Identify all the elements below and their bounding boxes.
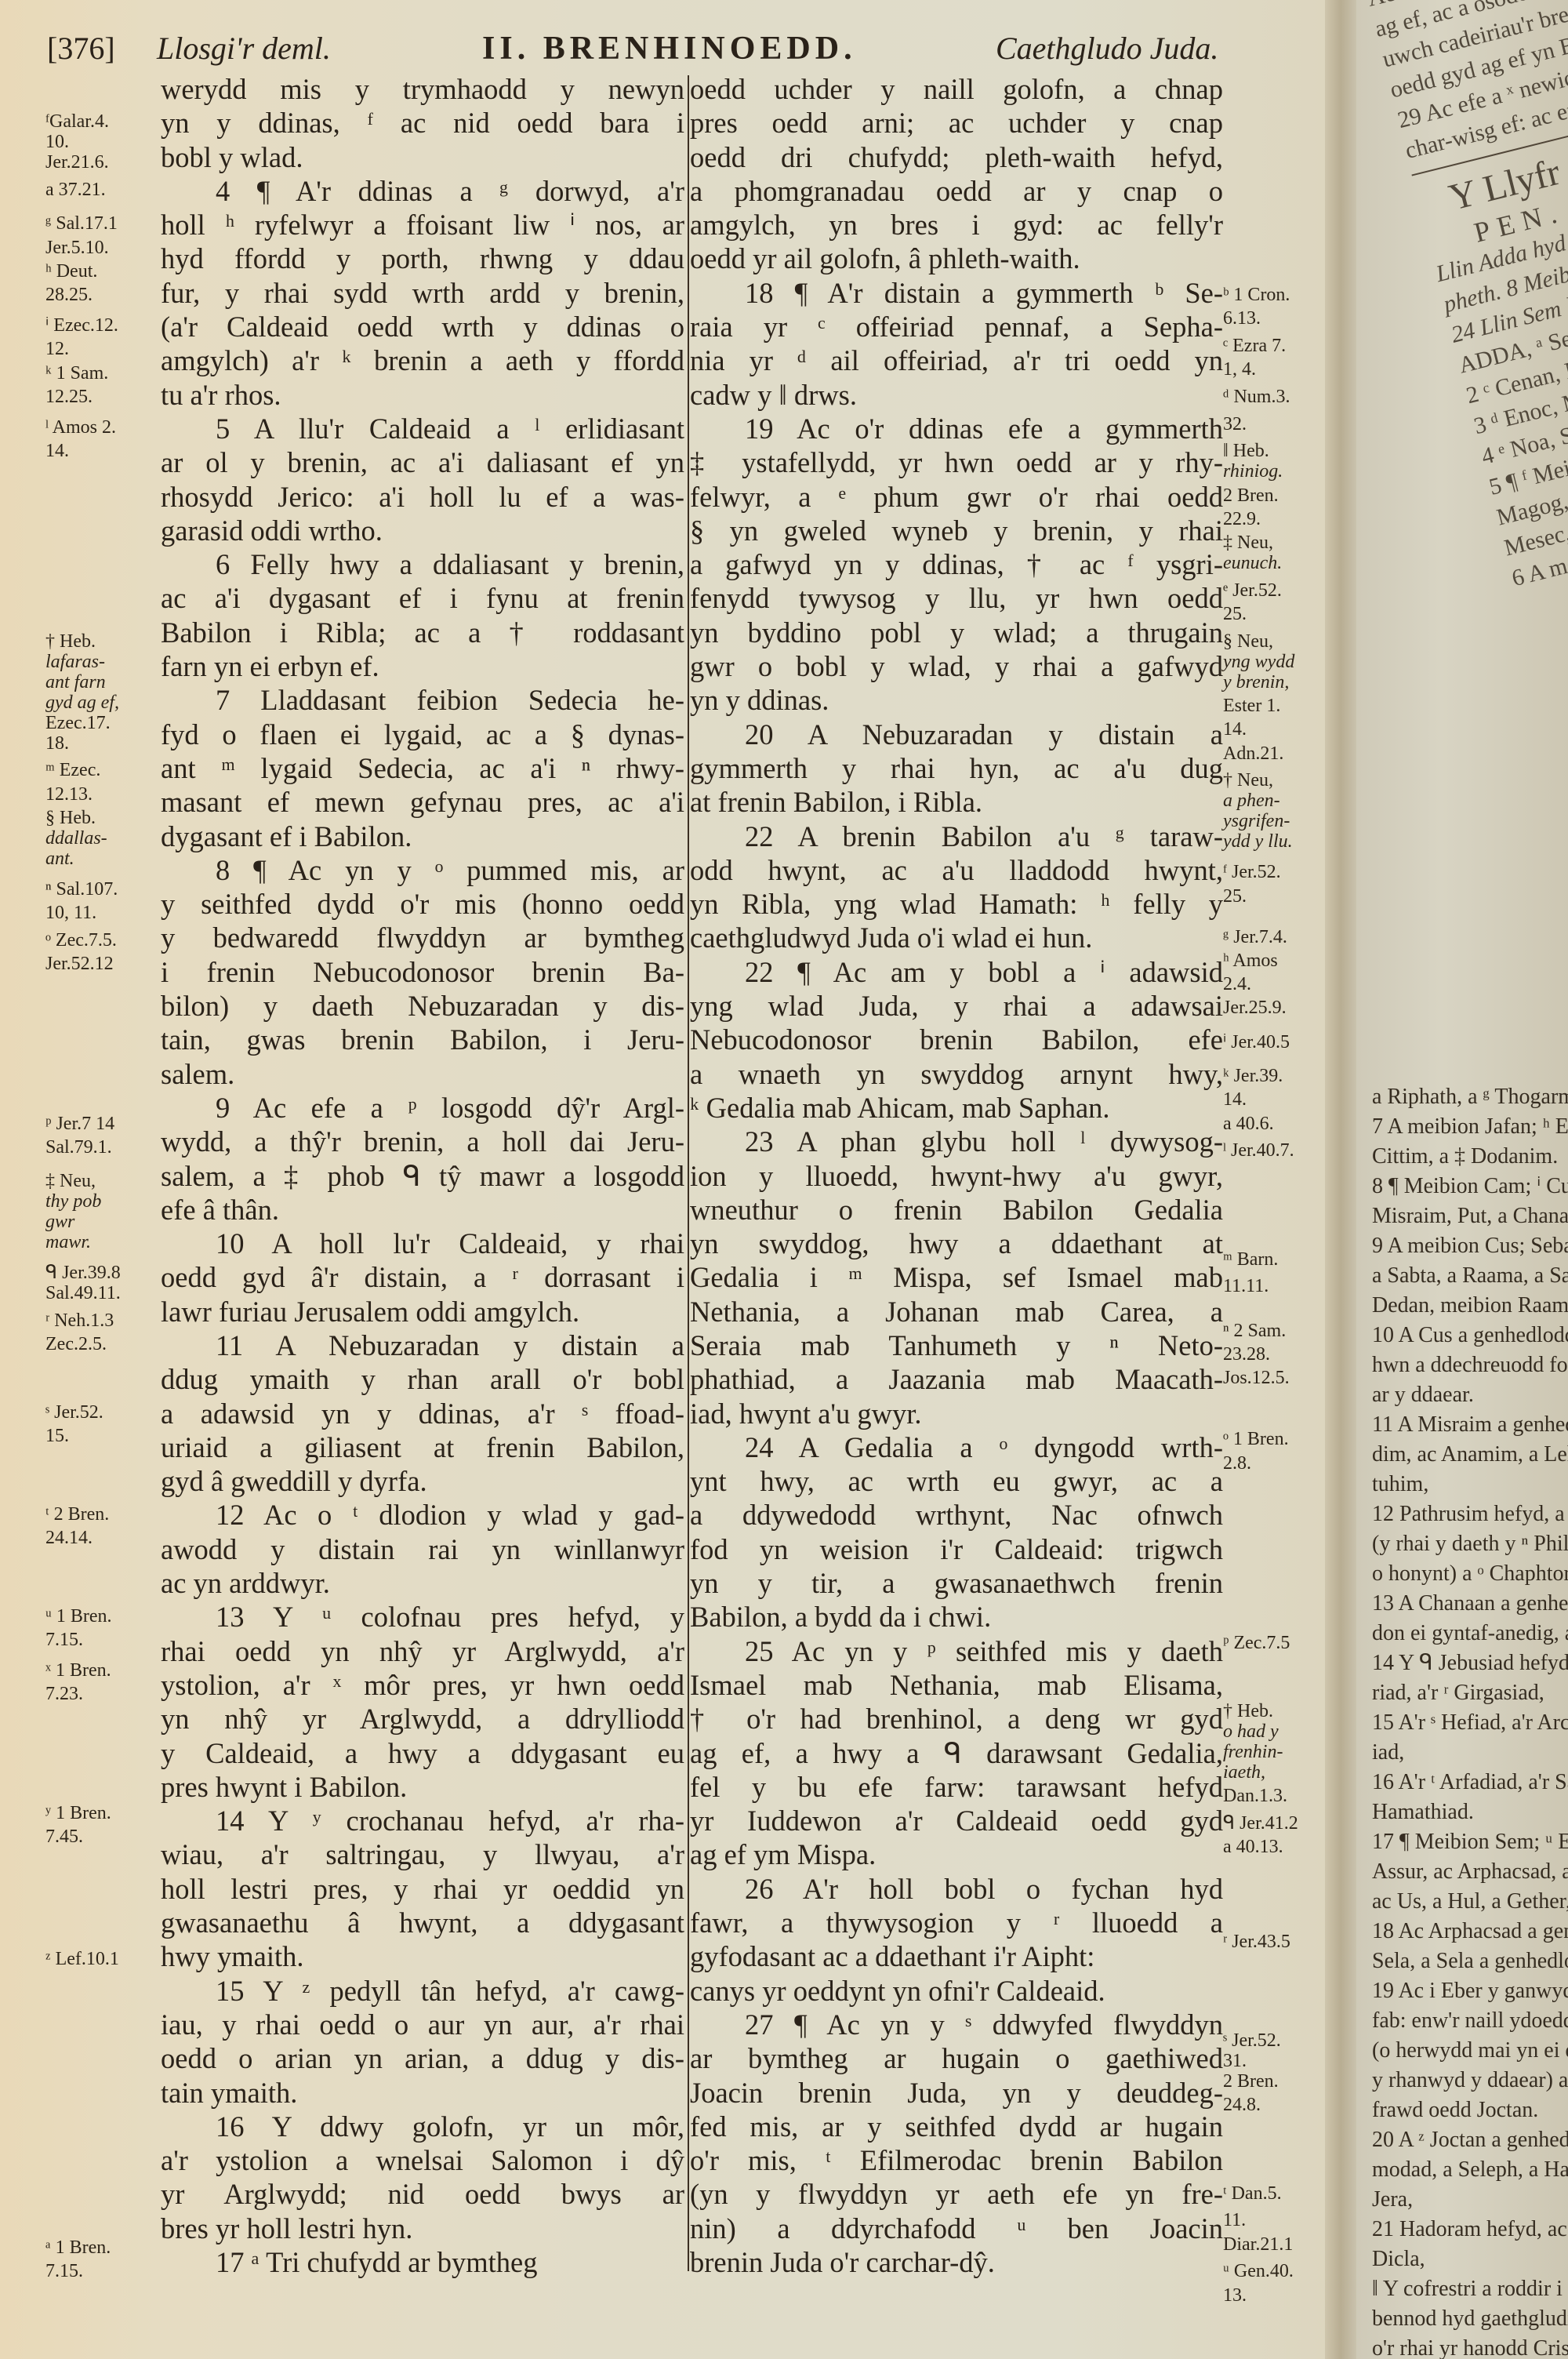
text-line: ant ᵐ lygaid Sedecia, ac a'i ⁿ rhwy- bbox=[161, 751, 684, 785]
text-line: tain, gwas brenin Babilon, i Jeru- bbox=[161, 1023, 684, 1056]
margin-reference-note: ᵖ Zec.7.5 bbox=[1223, 1634, 1290, 1653]
next-page-line: Dicla, bbox=[1372, 2245, 1568, 2274]
margin-reference-note: 12. bbox=[45, 340, 69, 359]
text-line: masant ef mewn gefynau pres, ac a'i bbox=[161, 785, 684, 819]
margin-reference-note: ᵍ Jer.7.4. bbox=[1223, 928, 1287, 947]
next-page-line: 11 A Misraim a genhedlodd Lu- bbox=[1372, 1410, 1568, 1440]
text-line: Seraia mab Tanhumeth y ⁿ Neto- bbox=[690, 1329, 1223, 1362]
text-line: Babilon i Ribla; ac a † roddasant bbox=[161, 616, 684, 649]
text-line: fod yn weision i'r Caldeaid: trigwch bbox=[690, 1532, 1223, 1566]
margin-reference-note: 11. bbox=[1223, 2211, 1246, 2230]
next-page-line: a Riphath, a ᵍ Thogarma. bbox=[1372, 1082, 1568, 1112]
text-line: bilon) y daeth Nebuzaradan y dis- bbox=[161, 989, 684, 1023]
text-line: oedd yr ail golofn, â phleth-waith. bbox=[690, 242, 1223, 275]
margin-reference-note: ᑫ Jer.41.2 bbox=[1223, 1814, 1298, 1834]
text-line: 22 ¶ Ac am y bobl a ⁱ adawsid bbox=[690, 955, 1223, 989]
text-line: phathiad, a Jaazania mab Maacath- bbox=[690, 1362, 1223, 1396]
margin-reference-note: 11.11. bbox=[1223, 1277, 1269, 1296]
text-line: 24 A Gedalia a ᵒ dyngodd wrth- bbox=[690, 1430, 1223, 1464]
text-line: Joacin brenin Juda, yn y deuddeg- bbox=[690, 2076, 1223, 2110]
margin-reference-note: ʰ Deut. bbox=[45, 262, 97, 282]
text-line: 8 ¶ Ac yn y ᵒ pummed mis, ar bbox=[161, 853, 684, 887]
margin-reference-note: ᑫ Jer.39.8 bbox=[45, 1263, 121, 1283]
next-page-line: Assur, ac Arphacsad, a Lud, ac Aram, bbox=[1372, 1857, 1568, 1887]
text-line: 19 Ac o'r ddinas efe a gymmerth bbox=[690, 412, 1223, 445]
text-line: Nebucodonosor brenin Babilon, efe bbox=[690, 1023, 1223, 1056]
text-line: uriaid a giliasent at frenin Babilon, bbox=[161, 1430, 684, 1464]
text-line: ion y lluoedd, hwynt-hwy a'u gwyr, bbox=[690, 1159, 1223, 1193]
margin-reference-note: 14. bbox=[1223, 1090, 1247, 1110]
next-page-edge: Ac efe a lefarodd yn degag ef, ac a osod… bbox=[1356, 0, 1568, 2359]
margin-reference-note: ᶻ Lef.10.1 bbox=[45, 1950, 119, 1969]
text-line: iad, hwynt a'u gwyr. bbox=[690, 1397, 1223, 1430]
margin-reference-note: ᶠ Jer.52. bbox=[1223, 863, 1281, 882]
text-line: fel y bu efe farw: tarawsant hefyd bbox=[690, 1770, 1223, 1804]
running-head-right: Caethgludo Juda. bbox=[996, 30, 1218, 67]
text-line: awodd y distain rai yn winllanwyr bbox=[161, 1532, 684, 1566]
text-line: 20 A Nebuzaradan y distain a bbox=[690, 718, 1223, 751]
margin-reference-note: ᵒ 1 Bren. bbox=[1223, 1430, 1289, 1449]
text-line: pres hwynt i Babilon. bbox=[161, 1770, 684, 1804]
next-page-line: iad, bbox=[1372, 1738, 1568, 1768]
next-page-line: 18 Ac Arphacsad a genhedlodd bbox=[1372, 1917, 1568, 1946]
margin-reference-note: 32. bbox=[1223, 415, 1247, 434]
margin-reference-note: 10, 11. bbox=[45, 903, 96, 923]
next-page-line: frawd oedd Joctan. bbox=[1372, 2095, 1568, 2125]
margin-reference-note: a 40.13. bbox=[1223, 1837, 1283, 1857]
book-gutter-shadow bbox=[1325, 0, 1356, 2359]
margin-reference-note: gyd ag ef, bbox=[45, 693, 119, 713]
margin-reference-note: § Heb. bbox=[45, 809, 96, 828]
text-line: 16 Y ddwy golofn, yr un môr, bbox=[161, 2110, 684, 2143]
text-line: salem, a ‡ phob ᑫ tŷ mawr a losgodd bbox=[161, 1159, 684, 1193]
text-line: pres oedd arni; ac uchder y cnap bbox=[690, 106, 1223, 140]
margin-reference-note: ddallas- bbox=[45, 829, 107, 849]
text-line: ystolion, a'r ˣ môr pres, yr hwn oedd bbox=[161, 1668, 684, 1702]
margin-reference-note: ᶠGalar.4. bbox=[45, 112, 109, 132]
next-page-line: riad, a'r ʳ Girgasiad, bbox=[1372, 1678, 1568, 1708]
text-line: rhosydd Jerico: a'i holl lu ef a was- bbox=[161, 480, 684, 514]
text-line: ag ef ym Mispa. bbox=[690, 1837, 1223, 1871]
next-page-line: 9 A meibion Cus; Seba, a Hafila, bbox=[1372, 1231, 1568, 1261]
text-line: tain ymaith. bbox=[161, 2076, 684, 2110]
text-line: amgylch) a'r ᵏ brenin a aeth y ffordd bbox=[161, 343, 684, 377]
left-text-column: werydd mis y trymhaodd y newynyn y ddina… bbox=[161, 72, 684, 2279]
margin-reference-note: 31. bbox=[1223, 2052, 1247, 2071]
next-page-line: don ei gyntaf-anedig, a Heth, bbox=[1372, 1619, 1568, 1648]
next-page-line: 21 Hadoram hefyd, ac Usal, a bbox=[1372, 2215, 1568, 2245]
margin-reference-note: 2.4. bbox=[1223, 975, 1251, 994]
margin-reference-note: 15. bbox=[45, 1427, 69, 1446]
text-line: holl ʰ ryfelwyr a ffoisant liw ⁱ nos, ar bbox=[161, 208, 684, 242]
text-line: yn Ribla, yng wlad Hamath: ʰ felly y bbox=[690, 887, 1223, 921]
margin-reference-note: 7.45. bbox=[45, 1827, 83, 1847]
text-line: 17 ᵃ Tri chufydd ar bymtheg bbox=[161, 2245, 684, 2279]
margin-reference-note: 23.28. bbox=[1223, 1345, 1270, 1365]
margin-reference-note: ant. bbox=[45, 849, 74, 869]
margin-reference-note: ʳ Neh.1.3 bbox=[45, 1311, 114, 1331]
margin-reference-note: 28.25. bbox=[45, 285, 93, 305]
text-line: ynt hwy, ac wrth eu gwyr, ac a bbox=[690, 1464, 1223, 1498]
margin-reference-note: Adn.21. bbox=[1223, 744, 1283, 764]
text-line: o'r mis, ᵗ Efilmerodac brenin Babilon bbox=[690, 2143, 1223, 2177]
text-line: gyd â gweddill y dyrfa. bbox=[161, 1464, 684, 1498]
margin-reference-note: 2 Bren. bbox=[1223, 486, 1279, 506]
text-line: y bedwaredd flwyddyn ar bymtheg bbox=[161, 921, 684, 954]
text-line: 25 Ac yn y ᵖ seithfed mis y daeth bbox=[690, 1634, 1223, 1668]
margin-reference-note: ˡ Jer.40.7. bbox=[1223, 1141, 1294, 1161]
margin-reference-note: ᵉ Jer.52. bbox=[1223, 581, 1282, 601]
margin-reference-note: a phen- bbox=[1223, 791, 1280, 811]
margin-reference-note: ᶜ Ezra 7. bbox=[1223, 336, 1286, 356]
margin-reference-note: 22.9. bbox=[1223, 510, 1261, 529]
text-line: holl lestri pres, y rhai yr oeddid yn bbox=[161, 1872, 684, 1906]
margin-reference-note: iaeth, bbox=[1223, 1763, 1265, 1783]
margin-reference-note: 18. bbox=[45, 734, 69, 754]
text-line: oedd uchder y naill golofn, a chnap bbox=[690, 72, 1223, 106]
text-line: oedd o arian yn arian, a ddug y dis- bbox=[161, 2041, 684, 2075]
margin-reference-note: Jer.52.12 bbox=[45, 954, 114, 974]
text-line: Ismael mab Nethania, mab Elisama, bbox=[690, 1668, 1223, 1702]
text-line: wiau, a'r saltringau, y llwyau, a'r bbox=[161, 1837, 684, 1871]
margin-reference-note: 7.15. bbox=[45, 2262, 83, 2281]
next-page-line: Hamathiad. bbox=[1372, 1797, 1568, 1827]
margin-reference-note: ᵖ Jer.7 14 bbox=[45, 1114, 114, 1134]
margin-reference-note: Ester 1. bbox=[1223, 696, 1280, 716]
margin-reference-note: eunuch. bbox=[1223, 554, 1282, 573]
margin-reference-note: ˢ Jer.52. bbox=[1223, 2031, 1281, 2051]
margin-reference-note: 14. bbox=[45, 442, 69, 461]
text-line: a wnaeth yn swyddog arnynt hwy, bbox=[690, 1057, 1223, 1091]
margin-reference-note: a 37.21. bbox=[45, 180, 106, 200]
text-line: ‡ ystafellydd, yr hwn oedd ar y rhy- bbox=[690, 445, 1223, 479]
text-line: ar bymtheg ar hugain o gaethiwed bbox=[690, 2041, 1223, 2075]
column-divider-rule bbox=[688, 75, 689, 2271]
text-line: bobl y wlad. bbox=[161, 140, 684, 174]
margin-reference-note: Dan.1.3. bbox=[1223, 1787, 1287, 1806]
margin-reference-note: Jos.12.5. bbox=[1223, 1369, 1290, 1388]
text-line: ddug ymaith y rhan arall o'r bobl bbox=[161, 1362, 684, 1396]
next-page-line: bennod hyd gaethgludiad yr Iuddewon, bbox=[1372, 2304, 1568, 2334]
margin-reference-note: ᵃ 1 Bren. bbox=[45, 2238, 111, 2258]
text-line: cadw y ‖ drws. bbox=[690, 378, 1223, 412]
margin-reference-note: yng wydd bbox=[1223, 652, 1294, 672]
next-page-line: Jera, bbox=[1372, 2185, 1568, 2215]
margin-reference-note: 2.8. bbox=[1223, 1454, 1251, 1474]
text-line: 7 Lladdasant feibion Sedecia he- bbox=[161, 683, 684, 717]
margin-reference-note: ‡ Neu, bbox=[1223, 533, 1273, 553]
margin-reference-note: frenhin- bbox=[1223, 1743, 1283, 1762]
margin-reference-note: 12.25. bbox=[45, 387, 93, 407]
text-line: bres yr holl lestri hyn. bbox=[161, 2212, 684, 2245]
margin-reference-note: ⁿ Sal.107. bbox=[45, 880, 118, 900]
margin-reference-note: ᵐ Barn. bbox=[1223, 1250, 1278, 1270]
margin-reference-note: ᵍ Sal.17.1 bbox=[45, 214, 118, 234]
page-number: [376] bbox=[47, 30, 115, 67]
margin-reference-note: ˡ Amos 2. bbox=[45, 418, 116, 438]
margin-reference-note: ˢ Jer.52. bbox=[45, 1403, 103, 1423]
margin-reference-note: ysgrifen- bbox=[1223, 812, 1290, 831]
next-page-line: 10 A Cus a genhedlodd ᵏ Nimrod: bbox=[1372, 1321, 1568, 1350]
text-line: gwasanaethu â hwynt, a ddygasant bbox=[161, 1906, 684, 1939]
text-line: § yn gweled wyneb y brenin, y rhai bbox=[690, 514, 1223, 547]
margin-reference-note: 7.15. bbox=[45, 1630, 83, 1650]
margin-reference-note: † Neu, bbox=[1223, 771, 1273, 791]
margin-reference-note: Sal.49.11. bbox=[45, 1284, 121, 1303]
margin-reference-note: Jer.21.6. bbox=[45, 153, 109, 173]
text-line: Nethania, a Johanan mab Carea, a bbox=[690, 1295, 1223, 1329]
margin-reference-note: mawr. bbox=[45, 1233, 91, 1252]
next-page-line: fab: enw'r naill ydoedd y Peleg bbox=[1372, 2006, 1568, 2036]
text-line: fyd o flaen ei lygaid, ac a § dynas- bbox=[161, 718, 684, 751]
text-line: rhai oedd yn nhŷ yr Arglwydd, a'r bbox=[161, 1634, 684, 1668]
text-line: raia yr ᶜ offeiriad pennaf, a Sepha- bbox=[690, 310, 1223, 343]
text-line: (yn y flwyddyn yr aeth efe yn fre- bbox=[690, 2177, 1223, 2211]
margin-reference-note: 25. bbox=[1223, 605, 1247, 624]
text-line: caethgludwyd Juda o'i wlad ei hun. bbox=[690, 921, 1223, 954]
margin-reference-note: ᵇ 1 Cron. bbox=[1223, 285, 1290, 305]
text-line: a phomgranadau oedd ar y cnap o bbox=[690, 174, 1223, 208]
text-line: Babilon, a bydd da i chwi. bbox=[690, 1600, 1223, 1634]
text-line: amgylch, yn bres i gyd: ac felly'r bbox=[690, 208, 1223, 242]
text-line: gyfodasant ac a ddaethant i'r Aipht: bbox=[690, 1939, 1223, 1973]
text-line: 22 A brenin Babilon a'u ᵍ taraw- bbox=[690, 820, 1223, 853]
text-line: at frenin Babilon, i Ribla. bbox=[690, 785, 1223, 819]
book-title: II. BRENHINOEDD. bbox=[482, 30, 857, 67]
text-line: farn yn ei erbyn ef. bbox=[161, 649, 684, 683]
margin-reference-note: a 40.6. bbox=[1223, 1114, 1274, 1134]
margin-reference-note: y brenin, bbox=[1223, 673, 1289, 692]
text-line: gymmerth y rhai hyn, ac a'u dug bbox=[690, 751, 1223, 785]
next-page-line: 20 A ᶻ Joctan a genhedlodd Al- bbox=[1372, 2125, 1568, 2155]
margin-reference-note: ᵗ 2 Bren. bbox=[45, 1505, 109, 1525]
next-page-line: 15 A'r ˢ Hefiad, a'r Arciad, a'r Sin- bbox=[1372, 1708, 1568, 1738]
margin-reference-note: 1, 4. bbox=[1223, 360, 1256, 380]
margin-reference-note: o had y bbox=[1223, 1722, 1279, 1742]
text-line: † o'r had brenhinol, a deng wr gyd bbox=[690, 1702, 1223, 1736]
next-page-line: Dedan, meibion Raama. bbox=[1372, 1291, 1568, 1321]
margin-reference-note: Sal.79.1. bbox=[45, 1138, 112, 1158]
text-line: 23 A phan glybu holl ˡ dywysog- bbox=[690, 1125, 1223, 1158]
margin-reference-note: § Neu, bbox=[1223, 632, 1273, 652]
text-line: fawr, a thywysogion y ʳ lluoedd a bbox=[690, 1906, 1223, 1939]
margin-reference-note: ᵈ Num.3. bbox=[1223, 387, 1290, 407]
text-line: efe â thân. bbox=[161, 1193, 684, 1227]
text-line: yn y ddinas. bbox=[690, 683, 1223, 717]
text-line: 9 Ac efe a ᵖ losgodd dŷ'r Argl- bbox=[161, 1091, 684, 1125]
next-page-line: modad, a Seleph, a Hasarmafeth, a bbox=[1372, 2155, 1568, 2185]
text-line: oedd dri chufydd; pleth-waith hefyd, bbox=[690, 140, 1223, 174]
margin-reference-note: ydd y llu. bbox=[1223, 832, 1293, 852]
margin-reference-note: rhiniog. bbox=[1223, 462, 1283, 482]
margin-reference-note: Ezec.17. bbox=[45, 714, 111, 733]
text-line: fur, y rhai sydd wrth ardd y brenin, bbox=[161, 276, 684, 310]
text-line: 18 ¶ A'r distain a gymmerth ᵇ Se- bbox=[690, 276, 1223, 310]
next-page-line: ar y ddaear. bbox=[1372, 1380, 1568, 1410]
margin-reference-note: Jer.25.9. bbox=[1223, 998, 1287, 1018]
text-line: hyd ffordd y porth, rhwng y ddau bbox=[161, 242, 684, 275]
margin-reference-note: ⁱ Ezec.12. bbox=[45, 316, 118, 336]
margin-reference-note: 2 Bren. bbox=[1223, 2072, 1279, 2092]
text-line: y Caldeaid, a hwy a ddygasant eu bbox=[161, 1736, 684, 1770]
margin-reference-note: ᵘ 1 Bren. bbox=[45, 1607, 112, 1627]
text-line: ac yn arddwyr. bbox=[161, 1566, 684, 1600]
margin-reference-note: 24.14. bbox=[45, 1528, 93, 1548]
text-line: 6 Felly hwy a ddaliasant y brenin, bbox=[161, 547, 684, 581]
margin-reference-note: ʸ 1 Bren. bbox=[45, 1804, 111, 1823]
middle-text-column: oedd uchder y naill golofn, a chnappres … bbox=[690, 72, 1223, 2279]
next-page-line: dim, ac Anamim, a Lehabim, a Naph- bbox=[1372, 1440, 1568, 1470]
text-line: nia yr ᵈ ail offeiriad, a'r tri oedd yn bbox=[690, 343, 1223, 377]
next-page-line: o'r rhai yr hanodd Crist bbox=[1372, 2334, 1568, 2359]
margin-reference-note: 14. bbox=[1223, 720, 1247, 740]
text-line: (a'r Caldeaid oedd wrth y ddinas o bbox=[161, 310, 684, 343]
text-line: yr Arglwydd; nid oedd bwys ar bbox=[161, 2177, 684, 2211]
next-page-line: hwn a ddechreuodd fod yn ˡ gadarn bbox=[1372, 1350, 1568, 1380]
next-page-line: ac Us, a Hul, a Gether, a Mesec. bbox=[1372, 1887, 1568, 1917]
next-page-line: y rhanwyd y ddaear) ac enw ei bbox=[1372, 2066, 1568, 2095]
text-line: a'r ystolion a wnelsai Salomon i dŷ bbox=[161, 2143, 684, 2177]
text-line: iau, y rhai oedd o aur yn aur, a'r rhai bbox=[161, 2008, 684, 2041]
text-line: y seithfed dydd o'r mis (honno oedd bbox=[161, 887, 684, 921]
margin-reference-note: ᵐ Ezec. bbox=[45, 761, 100, 780]
margin-reference-note: Jer.5.10. bbox=[45, 238, 109, 258]
next-page-line: 7 A meibion Jafan; ʰ Elisa, a Tharsis, bbox=[1372, 1112, 1568, 1142]
text-line: ag ef, a hwy a ᑫ darawsant Gedalia, bbox=[690, 1736, 1223, 1770]
margin-reference-note: gwr bbox=[45, 1212, 74, 1232]
text-line: ar ol y brenin, ac a'i daliasant ef yn bbox=[161, 445, 684, 479]
text-line: a adawsid yn y ddinas, a'r ˢ ffoad- bbox=[161, 1397, 684, 1430]
text-line: fed mis, ar y seithfed dydd ar hugain bbox=[690, 2110, 1223, 2143]
book-page-376: [376] Llosgi'r deml. II. BRENHINOEDD. Ca… bbox=[0, 0, 1325, 2359]
next-page-line: 17 ¶ Meibion Sem; ᵘ Elam, ac bbox=[1372, 1827, 1568, 1857]
text-line: felwyr, a ᵉ phum gwr o'r rhai oedd bbox=[690, 480, 1223, 514]
margin-reference-note: Diar.21.1 bbox=[1223, 2235, 1293, 2255]
text-line: 5 A llu'r Caldeaid a ˡ erlidiasant bbox=[161, 412, 684, 445]
text-line: yn byddino pobl y wlad; a thrugain bbox=[690, 616, 1223, 649]
margin-reference-note: 25. bbox=[1223, 887, 1247, 907]
text-line: 26 A'r holl bobl o fychan hyd bbox=[690, 1872, 1223, 1906]
text-line: ac a'i dygasant ef i fynu at frenin bbox=[161, 581, 684, 615]
margin-reference-note: 24.8. bbox=[1223, 2095, 1261, 2115]
text-line: yn y tir, a gwasanaethwch frenin bbox=[690, 1566, 1223, 1600]
text-line: 12 Ac o ᵗ dlodion y wlad y gad- bbox=[161, 1498, 684, 1532]
next-page-top-lines: Ac efe a lefarodd yn degag ef, ac a osod… bbox=[1364, 0, 1568, 167]
next-page-line: ‖ Y cofrestri a roddir i ni yn y nawfed bbox=[1372, 2274, 1568, 2304]
margin-reference-note: ⁱ Jer.40.5 bbox=[1223, 1033, 1290, 1052]
margin-reference-note: 6.13. bbox=[1223, 309, 1261, 329]
text-line: yn swyddog, hwy a ddaethant at bbox=[690, 1227, 1223, 1260]
margin-reference-note: ‖ Heb. bbox=[1223, 442, 1269, 461]
margin-reference-note: ᵏ 1 Sam. bbox=[45, 364, 108, 383]
margin-reference-note: 10. bbox=[45, 133, 69, 152]
margin-reference-note: ᵏ Jer.39. bbox=[1223, 1067, 1283, 1086]
margin-reference-note: ‡ Neu, bbox=[45, 1172, 96, 1191]
text-line: fenydd tywysog y llu, yr hwn oedd bbox=[690, 581, 1223, 615]
margin-reference-note: ʰ Amos bbox=[1223, 951, 1278, 971]
text-line: ᵏ Gedalia mab Ahicam, mab Saphan. bbox=[690, 1091, 1223, 1125]
margin-reference-note: † Heb. bbox=[45, 632, 96, 652]
text-line: wneuthur o frenin Babilon Gedalia bbox=[690, 1193, 1223, 1227]
text-line: i frenin Nebucodonosor brenin Ba- bbox=[161, 955, 684, 989]
text-line: 4 ¶ A'r ddinas a ᵍ dorwyd, a'r bbox=[161, 174, 684, 208]
next-page-line: Sela, a Sela a genhedlodd ˣ Eber. bbox=[1372, 1946, 1568, 1976]
next-page-line: 14 Y ᑫ Jebusiad hefyd, a'r Amo- bbox=[1372, 1648, 1568, 1678]
next-page-line: Cittim, a ‡ Dodanim. bbox=[1372, 1142, 1568, 1172]
text-line: wydd, a thŷ'r brenin, a holl dai Jeru- bbox=[161, 1125, 684, 1158]
margin-reference-note: ʳ Jer.43.5 bbox=[1223, 1932, 1290, 1952]
text-line: 14 Y ʸ crochanau hefyd, a'r rha- bbox=[161, 1804, 684, 1837]
text-line: yn nhŷ yr Arglwydd, a ddrylliodd bbox=[161, 1702, 684, 1736]
text-line: a gafwyd yn y ddinas, † ac ᶠ ysgri- bbox=[690, 547, 1223, 581]
margin-reference-note: 13. bbox=[1223, 2286, 1247, 2306]
text-line: gwr o bobl y wlad, y rhai a gafwyd bbox=[690, 649, 1223, 683]
text-line: a ddywedodd wrthynt, Nac ofnwch bbox=[690, 1498, 1223, 1532]
margin-reference-note: ant farn bbox=[45, 673, 106, 692]
next-page-line: tuhim, bbox=[1372, 1470, 1568, 1499]
margin-reference-note: ᵗ Dan.5. bbox=[1223, 2184, 1282, 2204]
next-page-line: Misraim, Put, a Chanaan. bbox=[1372, 1201, 1568, 1231]
margin-reference-note: 7.23. bbox=[45, 1685, 83, 1704]
text-line: 10 A holl lu'r Caldeaid, y rhai bbox=[161, 1227, 684, 1260]
text-line: tu a'r rhos. bbox=[161, 378, 684, 412]
text-line: oedd gyd â'r distain, a ʳ dorrasant i bbox=[161, 1260, 684, 1294]
text-line: brenin Juda o'r carchar-dŷ. bbox=[690, 2245, 1223, 2279]
margin-reference-note: ᵘ Gen.40. bbox=[1223, 2262, 1294, 2281]
text-line: hwy ymaith. bbox=[161, 1939, 684, 1973]
margin-reference-note: 12.13. bbox=[45, 785, 93, 805]
next-page-line: 12 Pathrusim hefyd, a Chasluhim, bbox=[1372, 1499, 1568, 1529]
next-page-line: (y rhai y daeth y ⁿ Philistiaid bbox=[1372, 1529, 1568, 1559]
margin-reference-note: † Heb. bbox=[1223, 1702, 1273, 1721]
margin-reference-note: Zec.2.5. bbox=[45, 1335, 107, 1354]
text-line: werydd mis y trymhaodd y newyn bbox=[161, 72, 684, 106]
next-page-line: a Sabta, a Raama, a Sabteca: a bbox=[1372, 1261, 1568, 1291]
text-line: garasid oddi wrtho. bbox=[161, 514, 684, 547]
next-page-line: 19 Ac i Eber y ganwyd dau bbox=[1372, 1976, 1568, 2006]
text-line: canys yr oeddynt yn ofni'r Caldeaid. bbox=[690, 1974, 1223, 2008]
text-line: odd hwynt, ac a'u lladdodd hwynt, bbox=[690, 853, 1223, 887]
next-page-body: a Riphath, a ᵍ Thogarma.7 A meibion Jafa… bbox=[1372, 1082, 1568, 2359]
next-page-line: 16 A'r ᵗ Arfadiad, a'r Samariad, a'r bbox=[1372, 1768, 1568, 1797]
next-page-line: 8 ¶ Meibion Cam; ⁱ Cus, a bbox=[1372, 1172, 1568, 1201]
text-line: 27 ¶ Ac yn y ˢ ddwyfed flwyddyn bbox=[690, 2008, 1223, 2041]
text-line: 11 A Nebuzaradan y distain a bbox=[161, 1329, 684, 1362]
text-line: yr Iuddewon a'r Caldeaid oedd gyd bbox=[690, 1804, 1223, 1837]
next-page-line: 13 A Chanaan a genhedlodd Si- bbox=[1372, 1589, 1568, 1619]
margin-reference-note: lafaras- bbox=[45, 652, 105, 672]
margin-reference-note: ⁿ 2 Sam. bbox=[1223, 1321, 1286, 1341]
text-line: yn y ddinas, ᶠ ac nid oedd bara i bbox=[161, 106, 684, 140]
margin-reference-note: thy pob bbox=[45, 1192, 101, 1212]
text-line: 13 Y ᵘ colofnau pres hefyd, y bbox=[161, 1600, 684, 1634]
text-line: dygasant ef i Babilon. bbox=[161, 820, 684, 853]
next-page-line: o honynt) a ᵒ Chaphtorim. bbox=[1372, 1559, 1568, 1589]
margin-reference-note: ᵒ Zec.7.5. bbox=[45, 931, 117, 951]
text-line: nin) a ddyrchafodd ᵘ ben Joacin bbox=[690, 2212, 1223, 2245]
margin-reference-note: ˣ 1 Bren. bbox=[45, 1661, 111, 1681]
text-line: lawr furiau Jerusalem oddi amgylch. bbox=[161, 1295, 684, 1329]
running-head-left: Llosgi'r deml. bbox=[157, 30, 331, 67]
next-page-rotated-text: Ac efe a lefarodd yn degag ef, ac a osod… bbox=[1364, 0, 1568, 594]
page-header: [376] Llosgi'r deml. II. BRENHINOEDD. Ca… bbox=[47, 30, 1333, 77]
text-line: 15 Y ᶻ pedyll tân hefyd, a'r cawg- bbox=[161, 1974, 684, 2008]
next-page-line: (o herwydd mai yn ei ddyddiau ef bbox=[1372, 2036, 1568, 2066]
text-line: salem. bbox=[161, 1057, 684, 1091]
text-line: yng wlad Juda, y rhai a adawsai bbox=[690, 989, 1223, 1023]
text-line: Gedalia i ᵐ Mispa, sef Ismael mab bbox=[690, 1260, 1223, 1294]
